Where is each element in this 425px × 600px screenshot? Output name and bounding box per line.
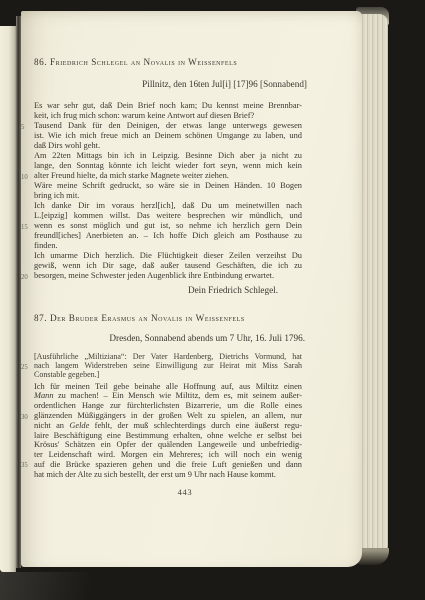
text-line: Mann zu machen! – Ein Mensch wie Miltitz… [34, 391, 302, 401]
text-line: Wäre meine Schrift gedruckt, so wäre sie… [34, 181, 302, 191]
text-line: finden. [34, 241, 302, 251]
text-line-content: auf die Brücke spazieren gehen und die f… [34, 460, 302, 470]
text-line: Ich umarme Dich herzlich. Die Flüchtigke… [34, 251, 302, 261]
text-line: lange, den Sonntag könnte ich leicht wie… [34, 161, 302, 171]
text-line-content: finden. [34, 241, 302, 251]
text-line-content: [Ausführliche „Miltiziana“: Der Vater Ha… [34, 352, 302, 361]
text-line: ordentlichen Hange zur fürchterlichsten … [34, 401, 302, 411]
text-line: laire Beschäftigung eine Bestimmung erha… [34, 431, 302, 441]
letter-86-body: Es war sehr gut, daß Dein Brief noch kam… [34, 101, 302, 281]
text-line-content: Ich umarme Dich herzlich. Die Flüchtigke… [34, 251, 302, 261]
text-line: 15 wenn es sonst möglich und gut ist, so… [34, 221, 302, 231]
text-line-content: wenn es sonst möglich und gut ist, so ne… [34, 221, 302, 231]
text-line: freundl[iches] Anerbieten an. – Ich hoff… [34, 231, 302, 241]
text-line-content: besorgen, meine Schwester jeden Augenbli… [34, 271, 302, 281]
text-line-content: ist. Wie ich mich freue mich an Deinem s… [34, 131, 302, 141]
letter-86-signature: Dein Friedrich Schlegel. [34, 285, 302, 295]
text-line-content: Am 22ten Mittags bin ich in Leipzig. Bes… [34, 151, 302, 161]
text-line: Krösus' Schätzen ein Opfer der quälenden… [34, 440, 302, 450]
page-number: 443 [34, 487, 302, 497]
text-line-content: laire Beschäftigung eine Bestimmung erha… [34, 431, 302, 441]
margin-line-number: 15 [21, 223, 28, 233]
text-line-content: Ich danke Dir im voraus herzl[ich], daß … [34, 201, 302, 211]
text-line: Am 22ten Mittags bin ich in Leipzig. Bes… [34, 151, 302, 161]
text-line-content: glänzenden Müßiggängers in der großen We… [34, 411, 302, 421]
text-line-content: alter Freund hielte, da mich starke Magn… [34, 171, 302, 181]
book-page-paper: 86. Friedrich Schlegel an Novalis in Wei… [21, 11, 362, 567]
text-line: daß Dirs wohl geht. [34, 141, 302, 151]
text-line: keit, ich frug mich schon: warum keine A… [34, 111, 302, 121]
text-line: L.[eipzig] kommen willst. Das weitere be… [34, 211, 302, 221]
text-line: [Ausführliche „Miltiziana“: Der Vater Ha… [34, 352, 302, 361]
text-line-content: gewiß, wenn ich Dir sage, daß außer taus… [34, 261, 302, 271]
text-line: gewiß, wenn ich Dir sage, daß außer taus… [34, 261, 302, 271]
margin-line-number: 30 [21, 413, 28, 423]
text-line: ter Leidenschaft wird. Morgen ein Mehrer… [34, 450, 302, 460]
text-line: Constable gegeben.] [34, 370, 302, 379]
text-line-content: nach langem Widerstreben seine Einwillig… [34, 361, 302, 370]
text-line: 5 Tausend Dank für den Deinigen, der etw… [34, 121, 302, 131]
book-fore-edge [360, 14, 388, 562]
text-line-content: lange, den Sonntag könnte ich leicht wie… [34, 161, 302, 171]
text-line-content: Ich für meinen Teil gebe beinahe alle Ho… [34, 382, 302, 392]
text-line-content: Krösus' Schätzen ein Opfer der quälenden… [34, 440, 302, 450]
text-line-content: keit, ich frug mich schon: warum keine A… [34, 111, 302, 121]
margin-line-number: 25 [21, 363, 28, 372]
text-line: 35 auf die Brücke spazieren gehen und di… [34, 460, 302, 470]
table-reflection [0, 572, 130, 600]
text-line: 25 nach langem Widerstreben seine Einwil… [34, 361, 302, 370]
text-line-content: daß Dirs wohl geht. [34, 141, 302, 151]
text-line-content: Constable gegeben.] [34, 370, 302, 379]
text-line-content: L.[eipzig] kommen willst. Das weitere be… [34, 211, 302, 221]
text-line-content: hat mich der Alte zu sich bestellt, der … [34, 470, 302, 480]
letter-87-editorial-note: [Ausführliche „Miltiziana“: Der Vater Ha… [34, 352, 302, 380]
text-line-content: bring ich mit. [34, 191, 302, 201]
text-line: Ich für meinen Teil gebe beinahe alle Ho… [34, 382, 302, 392]
letter-86-heading: 86. Friedrich Schlegel an Novalis in Wei… [34, 57, 302, 67]
text-line-content: Mann zu machen! – Ein Mensch wie Miltitz… [34, 391, 302, 401]
page-text-column: 86. Friedrich Schlegel an Novalis in Wei… [34, 11, 302, 497]
text-line: bring ich mit. [34, 191, 302, 201]
text-line: Ich danke Dir im voraus herzl[ich], daß … [34, 201, 302, 211]
text-line: hat mich der Alte zu sich bestellt, der … [34, 470, 302, 480]
letter-87-dateline: Dresden, Sonnabend abends um 7 Uhr, 16. … [34, 333, 305, 344]
letter-86-dateline: Pillnitz, den 16ten Jul[i] [17]96 [Sonna… [34, 79, 307, 90]
margin-line-number: 20 [21, 273, 28, 283]
text-line: 30 glänzenden Müßiggängers in der großen… [34, 411, 302, 421]
fore-edge-bottom-corner [358, 548, 389, 565]
margin-line-number: 5 [21, 123, 24, 133]
letter-87-body: Ich für meinen Teil gebe beinahe alle Ho… [34, 382, 302, 480]
text-line-content: freundl[iches] Anerbieten an. – Ich hoff… [34, 231, 302, 241]
margin-line-number: 35 [21, 461, 28, 471]
text-line-content: Tausend Dank für den Deinigen, der etwas… [34, 121, 302, 131]
text-line-content: Es war sehr gut, daß Dein Brief noch kam… [34, 101, 302, 111]
text-line-content: Wäre meine Schrift gedruckt, so wäre sie… [34, 181, 302, 191]
margin-line-number: 10 [21, 173, 28, 183]
text-line-content: ordentlichen Hange zur fürchterlichsten … [34, 401, 302, 411]
text-line: 10 alter Freund hielte, da mich starke M… [34, 171, 302, 181]
text-line-content: nicht an Gelde fehlt, der muß schlechter… [34, 421, 302, 431]
text-line: nicht an Gelde fehlt, der muß schlechter… [34, 421, 302, 431]
text-line-content: ter Leidenschaft wird. Morgen ein Mehrer… [34, 450, 302, 460]
text-line: ist. Wie ich mich freue mich an Deinem s… [34, 131, 302, 141]
photographed-book-page: 86. Friedrich Schlegel an Novalis in Wei… [0, 0, 425, 600]
text-line: Es war sehr gut, daß Dein Brief noch kam… [34, 101, 302, 111]
text-line: 20 besorgen, meine Schwester jeden Augen… [34, 271, 302, 281]
facing-page-edge [0, 26, 16, 572]
letter-87-heading: 87. Der Bruder Erasmus an Novalis in Wei… [34, 313, 302, 323]
